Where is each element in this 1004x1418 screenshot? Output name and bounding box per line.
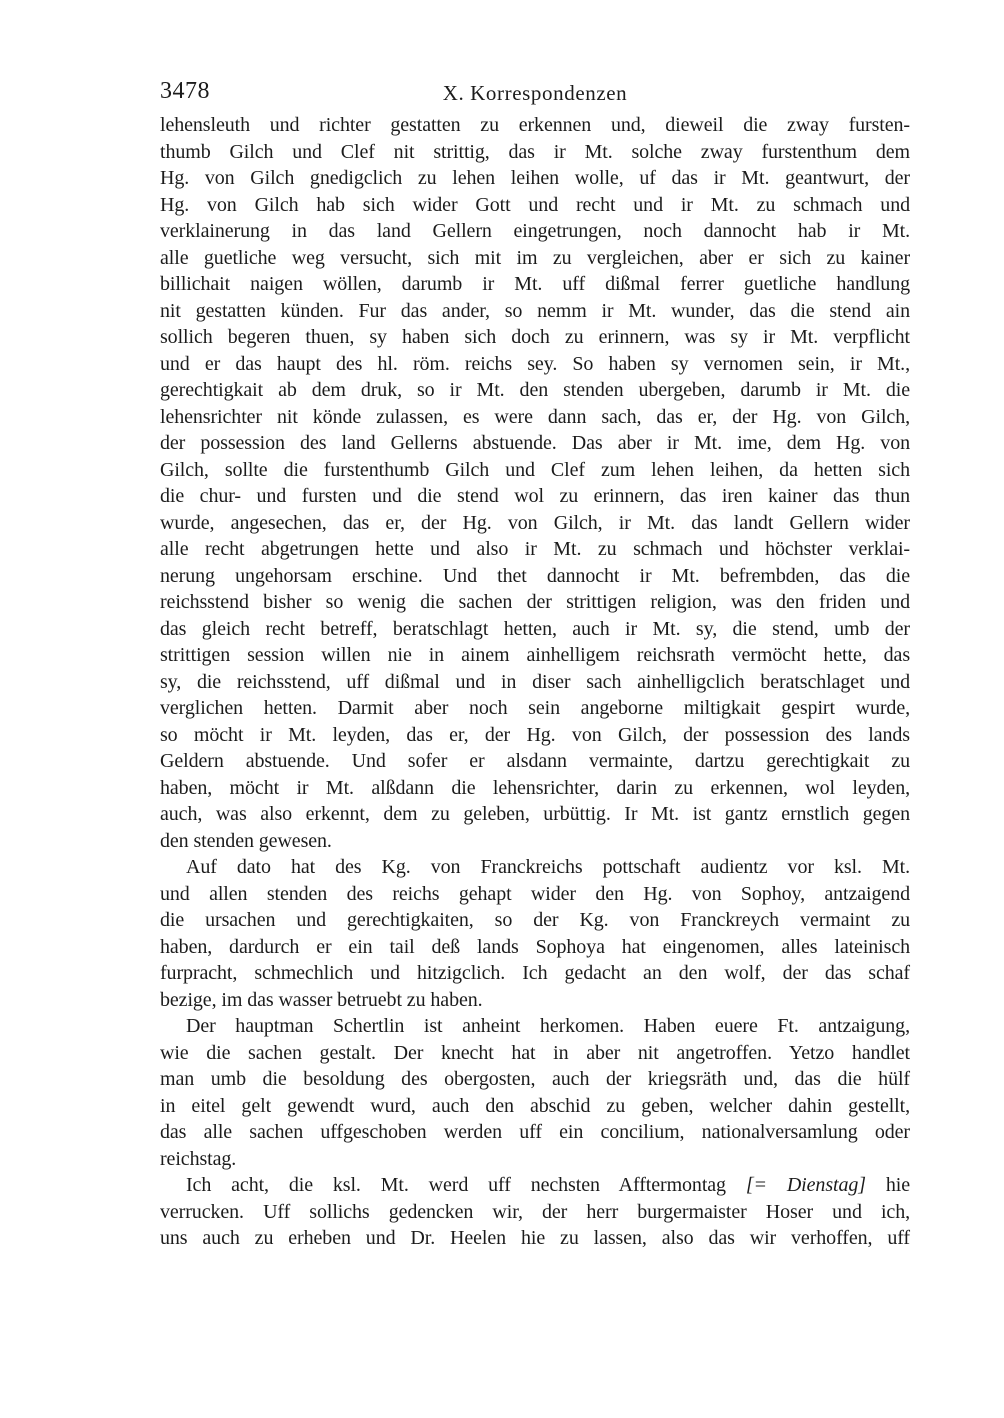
text-line: auch, was also erkennt, dem zu geleben, … [160, 801, 910, 828]
text-line: und er das haupt des hl. röm. reichs sey… [160, 351, 910, 378]
text-line: thumb Gilch und Clef nit strittig, das i… [160, 139, 910, 166]
text-segment: wie die sachen gestalt. Der knecht hat i… [160, 1042, 910, 1064]
text-line: wie die sachen gestalt. Der knecht hat i… [160, 1040, 910, 1067]
text-line: verklainerung in das land Gellern einget… [160, 218, 910, 245]
text-segment: Hg. von Gilch gnedigclich zu lehen leihe… [160, 167, 910, 189]
text-line: wurde, angesechen, das er, der Hg. von G… [160, 510, 910, 537]
text-segment: alle guetliche weg versucht, sich mit im… [160, 247, 910, 269]
text-segment: hie [866, 1174, 910, 1196]
text-segment: den stenden gewesen. [160, 830, 332, 852]
body-text: lehensleuth und richter gestatten zu erk… [160, 112, 910, 1252]
text-segment: furpracht, schmechlich und hitzigclich. … [160, 962, 910, 984]
text-line: strittigen session willen nie in ainem a… [160, 642, 910, 669]
text-segment: billichait naigen wöllen, darumb ir Mt. … [160, 273, 910, 295]
text-line: haben, möcht ir Mt. alßdann die lehensri… [160, 775, 910, 802]
text-line: sy, die reichsstend, uff dißmal und in d… [160, 669, 910, 696]
text-segment: bezige, im das wasser betruebt zu haben. [160, 989, 483, 1011]
text-segment: in eitel gelt gewendt wurd, auch den abs… [160, 1095, 910, 1117]
text-segment: haben, möcht ir Mt. alßdann die lehensri… [160, 777, 910, 799]
text-line: verglichen hetten. Darmit aber noch sein… [160, 695, 910, 722]
editorial-note: [= Dienstag] [746, 1174, 866, 1196]
text-segment: und allen stenden des reichs gehapt wide… [160, 883, 910, 905]
text-segment: auch, was also erkennt, dem zu geleben, … [160, 803, 910, 825]
chapter-title: X. Korrespondenzen [160, 81, 910, 106]
text-segment: die chur- und fursten und die stend wol … [160, 485, 910, 507]
text-line: sollich begeren thuen, sy haben sich doc… [160, 324, 910, 351]
text-segment: wurde, angesechen, das er, der Hg. von G… [160, 512, 910, 534]
book-page: 3478 X. Korrespondenzen lehensleuth und … [0, 0, 1004, 1418]
text-line: furpracht, schmechlich und hitzigclich. … [160, 960, 910, 987]
text-line: Gilch, sollte die furstenthumb Gilch und… [160, 457, 910, 484]
text-segment: lehensleuth und richter gestatten zu erk… [160, 114, 910, 136]
text-line: Hg. von Gilch hab sich wider Gott und re… [160, 192, 910, 219]
text-segment: der possession des land Gellerns abstuen… [160, 432, 910, 454]
text-segment: uns auch zu erheben und Dr. Heelen hie z… [160, 1227, 910, 1249]
text-segment: haben, dardurch er ein tail deß lands So… [160, 936, 910, 958]
text-segment: Auf dato hat des Kg. von Franckreichs po… [186, 856, 910, 878]
text-segment: Gilch, sollte die furstenthumb Gilch und… [160, 459, 910, 481]
text-line: alle guetliche weg versucht, sich mit im… [160, 245, 910, 272]
text-segment: verklainerung in das land Gellern einget… [160, 220, 910, 242]
text-line: alle recht abgetrungen hette und also ir… [160, 536, 910, 563]
text-segment: gerechtigkait ab dem druk, so ir Mt. den… [160, 379, 910, 401]
text-line: Der hauptman Schertlin ist anheint herko… [160, 1013, 910, 1040]
text-segment: nerung ungehorsam erschine. Und thet dan… [160, 565, 910, 587]
text-line: der possession des land Gellerns abstuen… [160, 430, 910, 457]
text-line: die ursachen und gerechtigkaiten, so der… [160, 907, 910, 934]
text-segment: lehensrichter nit könde zulassen, es wer… [160, 406, 910, 428]
paragraph: Ich acht, die ksl. Mt. werd uff nechsten… [160, 1172, 910, 1252]
text-line: billichait naigen wöllen, darumb ir Mt. … [160, 271, 910, 298]
text-segment: reichstag. [160, 1148, 236, 1170]
paragraph: lehensleuth und richter gestatten zu erk… [160, 112, 910, 854]
text-segment: verglichen hetten. Darmit aber noch sein… [160, 697, 910, 719]
text-line: Hg. von Gilch gnedigclich zu lehen leihe… [160, 165, 910, 192]
text-line: das alle sachen uffgeschoben werden uff … [160, 1119, 910, 1146]
text-line: den stenden gewesen. [160, 828, 910, 855]
text-segment: strittigen session willen nie in ainem a… [160, 644, 910, 666]
text-line: Geldern abstuende. Und sofer er alsdann … [160, 748, 910, 775]
text-segment: nit gestatten künden. Fur das ander, so … [160, 300, 910, 322]
text-segment: sollich begeren thuen, sy haben sich doc… [160, 326, 910, 348]
text-line: bezige, im das wasser betruebt zu haben. [160, 987, 910, 1014]
text-segment: thumb Gilch und Clef nit strittig, das i… [160, 141, 910, 163]
text-segment: Geldern abstuende. Und sofer er alsdann … [160, 750, 910, 772]
text-line: und allen stenden des reichs gehapt wide… [160, 881, 910, 908]
text-line: nerung ungehorsam erschine. Und thet dan… [160, 563, 910, 590]
text-line: reichsstend bisher so wenig die sachen d… [160, 589, 910, 616]
text-segment: die ursachen und gerechtigkaiten, so der… [160, 909, 910, 931]
text-segment: so möcht ir Mt. leyden, das er, der Hg. … [160, 724, 910, 746]
text-line: in eitel gelt gewendt wurd, auch den abs… [160, 1093, 910, 1120]
text-line: Ich acht, die ksl. Mt. werd uff nechsten… [160, 1172, 910, 1199]
text-segment: alle recht abgetrungen hette und also ir… [160, 538, 910, 560]
text-line: uns auch zu erheben und Dr. Heelen hie z… [160, 1225, 910, 1252]
text-line: verrucken. Uff sollichs gedencken wir, d… [160, 1199, 910, 1226]
text-segment: reichsstend bisher so wenig die sachen d… [160, 591, 910, 613]
text-segment: das alle sachen uffgeschoben werden uff … [160, 1121, 910, 1143]
text-line: man umb die besoldung des obergosten, au… [160, 1066, 910, 1093]
text-line: reichstag. [160, 1146, 910, 1173]
running-header: 3478 X. Korrespondenzen [160, 78, 910, 106]
text-segment: sy, die reichsstend, uff dißmal und in d… [160, 671, 910, 693]
text-line: haben, dardurch er ein tail deß lands So… [160, 934, 910, 961]
text-line: gerechtigkait ab dem druk, so ir Mt. den… [160, 377, 910, 404]
text-line: lehensrichter nit könde zulassen, es wer… [160, 404, 910, 431]
text-line: Auf dato hat des Kg. von Franckreichs po… [160, 854, 910, 881]
text-segment: und er das haupt des hl. röm. reichs sey… [160, 353, 910, 375]
text-line: lehensleuth und richter gestatten zu erk… [160, 112, 910, 139]
text-segment: verrucken. Uff sollichs gedencken wir, d… [160, 1201, 910, 1223]
text-line: die chur- und fursten und die stend wol … [160, 483, 910, 510]
paragraph: Auf dato hat des Kg. von Franckreichs po… [160, 854, 910, 1013]
text-line: das gleich recht betreff, beratschlagt h… [160, 616, 910, 643]
text-segment: das gleich recht betreff, beratschlagt h… [160, 618, 910, 640]
paragraph: Der hauptman Schertlin ist anheint herko… [160, 1013, 910, 1172]
text-line: nit gestatten künden. Fur das ander, so … [160, 298, 910, 325]
text-line: so möcht ir Mt. leyden, das er, der Hg. … [160, 722, 910, 749]
text-segment: Ich acht, die ksl. Mt. werd uff nechsten… [186, 1174, 746, 1196]
text-segment: man umb die besoldung des obergosten, au… [160, 1068, 910, 1090]
text-segment: Der hauptman Schertlin ist anheint herko… [186, 1015, 910, 1037]
text-segment: Hg. von Gilch hab sich wider Gott und re… [160, 194, 910, 216]
